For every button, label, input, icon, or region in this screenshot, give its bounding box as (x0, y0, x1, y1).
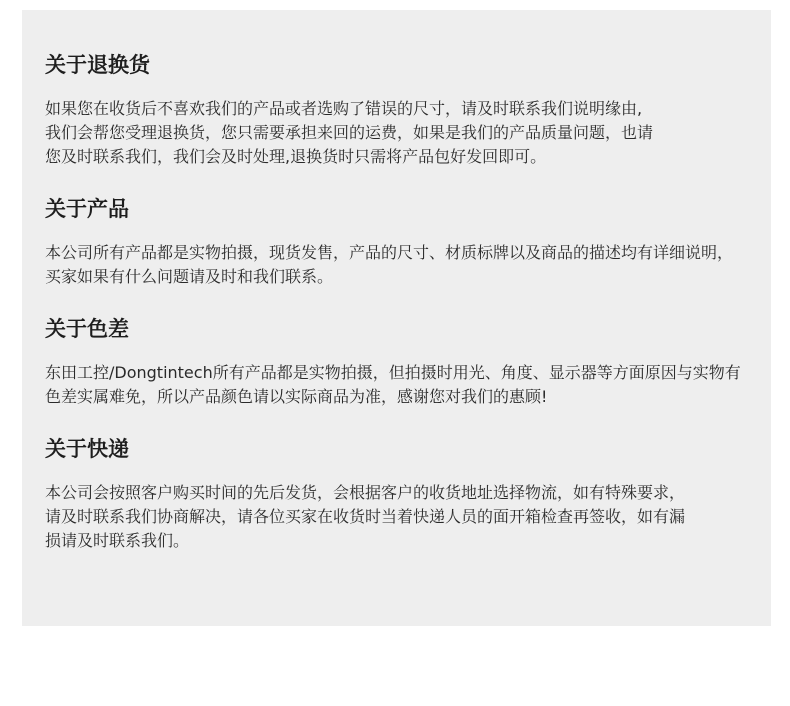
section-title-products: 关于产品 (45, 194, 775, 224)
body-line: 请及时联系我们协商解决，请各位买家在收货时当着快递人员的面开箱检查再签收，如有漏 (45, 505, 775, 529)
section-body-color-difference: 东田工控/Dongtintech所有产品都是实物拍摄，但拍摄时用光、角度、显示器… (45, 361, 775, 409)
body-line: 东田工控/Dongtintech所有产品都是实物拍摄，但拍摄时用光、角度、显示器… (45, 361, 775, 385)
section-title-color-difference: 关于色差 (45, 314, 775, 344)
section-returns: 关于退换货 如果您在收货后不喜欢我们的产品或者选购了错误的尺寸，请及时联系我们说… (45, 50, 775, 169)
section-color-difference: 关于色差 东田工控/Dongtintech所有产品都是实物拍摄，但拍摄时用光、角… (45, 314, 775, 409)
body-line: 本公司会按照客户购买时间的先后发货，会根据客户的收货地址选择物流，如有特殊要求， (45, 481, 775, 505)
section-body-returns: 如果您在收货后不喜欢我们的产品或者选购了错误的尺寸，请及时联系我们说明缘由, 我… (45, 97, 775, 169)
section-title-returns: 关于退换货 (45, 50, 775, 80)
body-line: 本公司所有产品都是实物拍摄，现货发售，产品的尺寸、材质标牌以及商品的描述均有详细… (45, 241, 775, 265)
section-products: 关于产品 本公司所有产品都是实物拍摄，现货发售，产品的尺寸、材质标牌以及商品的描… (45, 194, 775, 289)
body-line: 损请及时联系我们。 (45, 529, 775, 553)
section-body-shipping: 本公司会按照客户购买时间的先后发货，会根据客户的收货地址选择物流，如有特殊要求，… (45, 481, 775, 553)
body-line: 色差实属难免，所以产品颜色请以实际商品为准，感谢您对我们的惠顾! (45, 385, 775, 409)
section-title-shipping: 关于快递 (45, 434, 775, 464)
body-line: 买家如果有什么问题请及时和我们联系。 (45, 265, 775, 289)
section-shipping: 关于快递 本公司会按照客户购买时间的先后发货，会根据客户的收货地址选择物流，如有… (45, 434, 775, 553)
body-line: 我们会帮您受理退换货，您只需要承担来回的运费，如果是我们的产品质量问题，也请 (45, 121, 775, 145)
section-body-products: 本公司所有产品都是实物拍摄，现货发售，产品的尺寸、材质标牌以及商品的描述均有详细… (45, 241, 775, 289)
body-line: 您及时联系我们，我们会及时处理,退换货时只需将产品包好发回即可。 (45, 145, 775, 169)
policy-panel: 关于退换货 如果您在收货后不喜欢我们的产品或者选购了错误的尺寸，请及时联系我们说… (22, 10, 771, 626)
body-line: 如果您在收货后不喜欢我们的产品或者选购了错误的尺寸，请及时联系我们说明缘由, (45, 97, 775, 121)
